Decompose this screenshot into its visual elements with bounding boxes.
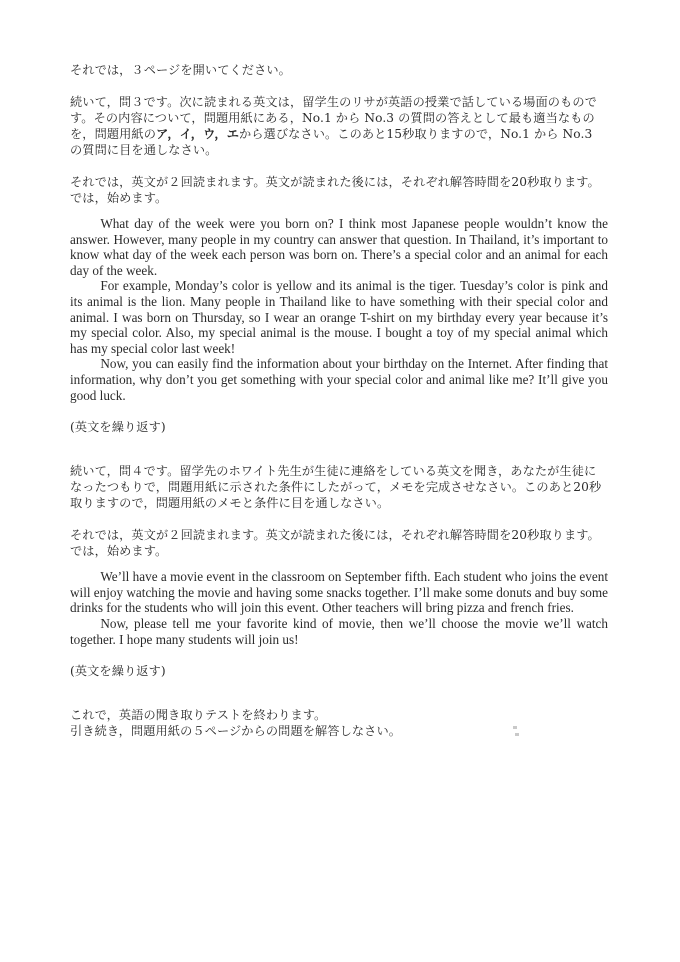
q3-passage: What day of the week were you born on? I… [70,216,608,403]
q4-read-notice: それでは，英文が２回読まれます。英文が読まれた後には，それぞれ解答時間を20秒取… [70,527,608,543]
q4-passage-paragraph: Now, please tell me your favorite kind o… [70,616,608,647]
q3-read-notice: それでは，英文が２回読まれます。英文が読まれた後には，それぞれ解答時間を20秒取… [70,174,608,190]
q3-answer-choices: ア，イ，ウ，エ [156,127,239,141]
closing-text: これで，英語の聞き取りテストを終わります。 [70,707,608,723]
q3-passage-paragraph: What day of the week were you born on? I… [70,216,608,278]
q3-start-notice: では，始めます。 [70,190,608,206]
q3-passage-paragraph: Now, you can easily find the information… [70,356,608,403]
q4-passage: We’ll have a movie event in the classroo… [70,569,608,647]
scan-artifact [513,726,517,729]
q4-start-notice: では，始めます。 [70,543,608,559]
q4-repeat-note: (英文を繰り返す) [70,663,608,679]
scan-artifact [515,733,519,736]
closing-instruction: 引き続き，問題用紙の５ページからの問題を解答しなさい。 [70,723,608,739]
q3-instruction: 続いて，問３です。次に読まれる英文は，留学生のリサが英語の授業で話している場面の… [70,94,608,158]
q4-instruction: 続いて，問４です。留学先のホワイト先生が生徒に連絡をしている英文を聞き，あなたが… [70,463,608,511]
document-page: それでは，３ページを開いてください。 続いて，問３です。次に読まれる英文は，留学… [70,62,608,739]
q4-passage-paragraph: We’ll have a movie event in the classroo… [70,569,608,616]
q3-passage-paragraph: For example, Monday’s color is yellow an… [70,278,608,356]
intro-text: それでは，３ページを開いてください。 [70,62,608,78]
q3-repeat-note: (英文を繰り返す) [70,419,608,435]
